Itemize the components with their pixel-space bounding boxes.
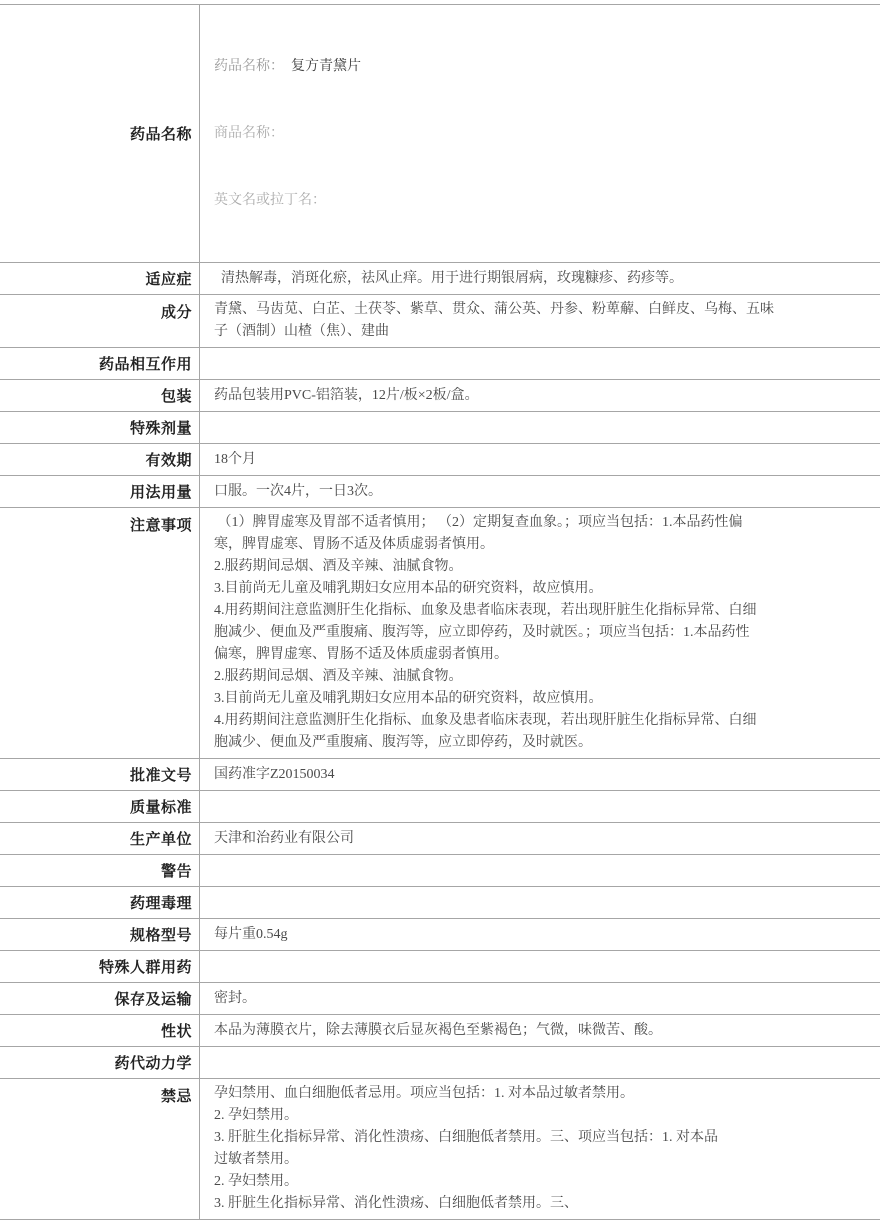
row-dosage-usage: 用法用量 口服。一次4片，一日3次。 [0, 476, 880, 508]
row-quality-standard-label: 质量标准 [0, 791, 200, 822]
row-special-populations-label: 特殊人群用药 [0, 951, 200, 982]
row-specification: 规格型号 每片重0.54g [0, 919, 880, 951]
row-contraindications-label: 禁忌 [0, 1079, 200, 1219]
row-storage-transport: 保存及运输 密封。 [0, 983, 880, 1015]
row-description-value: 本品为薄膜衣片，除去薄膜衣后显灰褐色至紫褐色；气微，味微苦、酸。 [200, 1015, 880, 1046]
row-drug-name: 药品名称 药品名称：复方青黛片 商品名称： 英文名或拉丁名： [0, 5, 880, 263]
row-manufacturer-value: 天津和治药业有限公司 [200, 823, 880, 854]
row-precautions-label: 注意事项 [0, 508, 200, 758]
row-quality-standard: 质量标准 [0, 791, 880, 823]
row-special-populations-value [200, 951, 880, 982]
row-special-dosage-label: 特殊剂量 [0, 412, 200, 443]
row-pharmacokinetics-value [200, 1047, 880, 1078]
row-indications-label: 适应症 [0, 263, 200, 294]
row-warning-value [200, 855, 880, 886]
row-precautions: 注意事项 （1）脾胃虚寒及胃部不适者慎用； （2）定期复查血象。；项应当包括：1… [0, 508, 880, 759]
row-special-dosage: 特殊剂量 [0, 412, 880, 444]
generic-name-value: 复方青黛片 [291, 59, 361, 74]
row-description: 性状 本品为薄膜衣片，除去薄膜衣后显灰褐色至紫褐色；气微，味微苦、酸。 [0, 1015, 880, 1047]
row-pharmacology-toxicology-label: 药理毒理 [0, 887, 200, 918]
row-warning: 警告 [0, 855, 880, 887]
row-pharmacokinetics-label: 药代动力学 [0, 1047, 200, 1078]
trade-name-line: 商品名称： [214, 122, 868, 145]
row-storage-transport-value: 密封。 [200, 983, 880, 1014]
row-description-label: 性状 [0, 1015, 200, 1046]
row-ingredients-label: 成分 [0, 295, 200, 347]
row-drug-interactions-label: 药品相互作用 [0, 348, 200, 379]
row-shelf-life-value: 18个月 [200, 444, 880, 475]
row-shelf-life-label: 有效期 [0, 444, 200, 475]
row-drug-name-label: 药品名称 [0, 5, 200, 262]
row-pharmacology-toxicology-value [200, 887, 880, 918]
row-ingredients: 成分 青黛、马齿苋、白芷、土茯苓、紫草、贯众、蒲公英、丹参、粉萆薢、白鲜皮、乌梅… [0, 295, 880, 348]
drug-info-table: 药品名称 药品名称：复方青黛片 商品名称： 英文名或拉丁名： 适应症 清热解毒，… [0, 4, 880, 1220]
english-name-line: 英文名或拉丁名： [214, 189, 868, 212]
row-manufacturer: 生产单位 天津和治药业有限公司 [0, 823, 880, 855]
row-pharmacology-toxicology: 药理毒理 [0, 887, 880, 919]
row-manufacturer-label: 生产单位 [0, 823, 200, 854]
generic-name-label: 药品名称： [214, 59, 284, 74]
row-specification-value: 每片重0.54g [200, 919, 880, 950]
row-indications: 适应症 清热解毒，消斑化瘀，祛风止痒。用于进行期银屑病，玫瑰糠疹、药疹等。 [0, 263, 880, 295]
row-dosage-usage-label: 用法用量 [0, 476, 200, 507]
row-approval-number-value: 国药准字Z20150034 [200, 759, 880, 790]
row-specification-label: 规格型号 [0, 919, 200, 950]
row-precautions-value: （1）脾胃虚寒及胃部不适者慎用； （2）定期复查血象。；项应当包括：1.本品药性… [200, 508, 880, 758]
row-drug-name-value: 药品名称：复方青黛片 商品名称： 英文名或拉丁名： [200, 5, 880, 262]
row-drug-interactions: 药品相互作用 [0, 348, 880, 380]
row-approval-number-label: 批准文号 [0, 759, 200, 790]
row-special-dosage-value [200, 412, 880, 443]
row-special-populations: 特殊人群用药 [0, 951, 880, 983]
drug-info-sheet: 药品名称 药品名称：复方青黛片 商品名称： 英文名或拉丁名： 适应症 清热解毒，… [0, 0, 880, 1150]
row-pharmacokinetics: 药代动力学 [0, 1047, 880, 1079]
row-approval-number: 批准文号 国药准字Z20150034 [0, 759, 880, 791]
row-warning-label: 警告 [0, 855, 200, 886]
generic-name-line: 药品名称：复方青黛片 [214, 55, 868, 78]
row-ingredients-value: 青黛、马齿苋、白芷、土茯苓、紫草、贯众、蒲公英、丹参、粉萆薢、白鲜皮、乌梅、五味… [200, 295, 880, 347]
row-packaging-value: 药品包装用PVC-铝箔装，12片/板×2板/盒。 [200, 380, 880, 411]
row-shelf-life: 有效期 18个月 [0, 444, 880, 476]
row-quality-standard-value [200, 791, 880, 822]
row-contraindications-value: 孕妇禁用、血白细胞低者忌用。项应当包括：1. 对本品过敏者禁用。 2. 孕妇禁用… [200, 1079, 880, 1219]
row-packaging-label: 包装 [0, 380, 200, 411]
row-drug-interactions-value [200, 348, 880, 379]
row-dosage-usage-value: 口服。一次4片，一日3次。 [200, 476, 880, 507]
row-storage-transport-label: 保存及运输 [0, 983, 200, 1014]
row-indications-value: 清热解毒，消斑化瘀，祛风止痒。用于进行期银屑病，玫瑰糠疹、药疹等。 [200, 263, 880, 294]
row-packaging: 包装 药品包装用PVC-铝箔装，12片/板×2板/盒。 [0, 380, 880, 412]
